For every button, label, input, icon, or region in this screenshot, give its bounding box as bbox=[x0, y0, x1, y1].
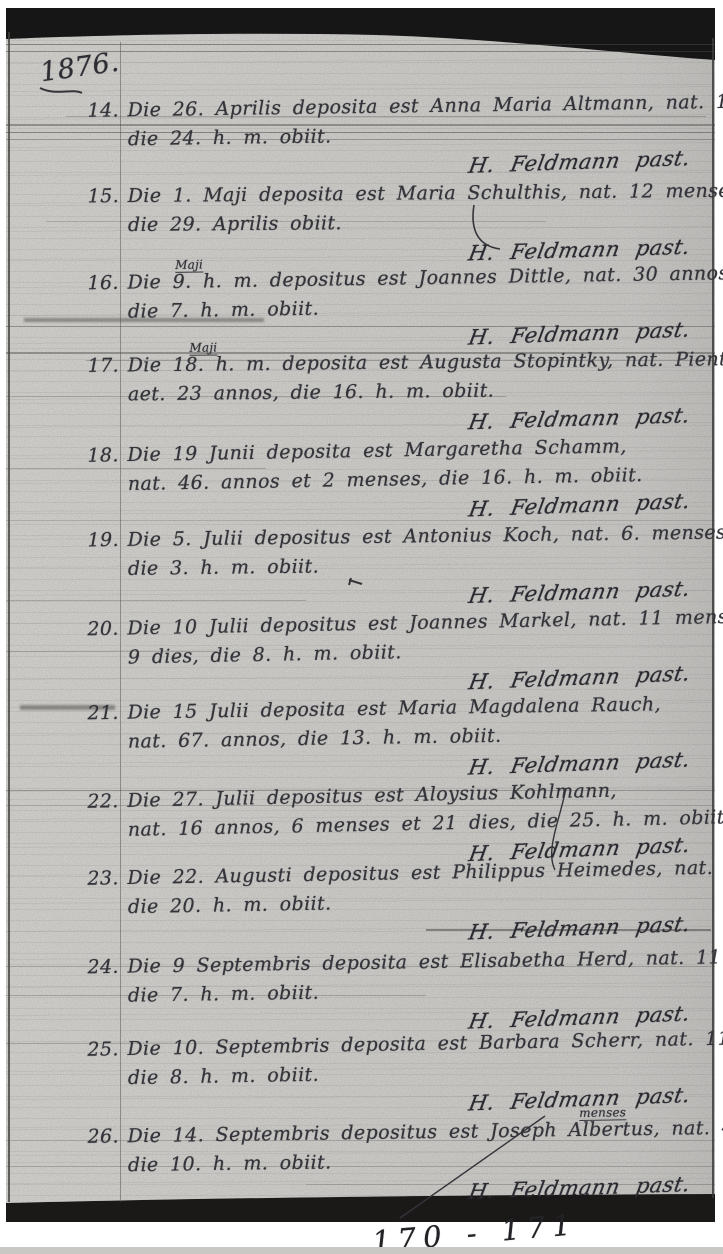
entry-number: 25. bbox=[87, 1038, 119, 1061]
entry-line2: aet. 23 annos, die 16. h. m. obiit. bbox=[128, 380, 494, 406]
entry-line2: die 20. h. m. obiit. bbox=[128, 893, 332, 919]
inserted-word: Maji bbox=[175, 257, 203, 272]
entry-line2: nat. 46. annos et 2 menses, die 16. h. m… bbox=[128, 464, 643, 495]
entry-number: 19. bbox=[87, 529, 119, 551]
pastor-signature: H. Feldmann past. bbox=[466, 747, 692, 779]
entry-line2: die 24. h. m. obiit. bbox=[128, 125, 332, 150]
entry-line1: Die 1. Maji deposita est Maria Schulthis… bbox=[128, 180, 723, 207]
entry-number: 16. bbox=[87, 272, 119, 294]
pastor-signature: H. Feldmann past. bbox=[466, 235, 692, 266]
pastor-signature: H. Feldmann past. bbox=[466, 146, 692, 178]
entry-number: 14. bbox=[87, 99, 119, 121]
scan-streak bbox=[6, 44, 715, 45]
year-label: 1876. bbox=[38, 47, 121, 89]
entry-number: 21. bbox=[87, 702, 119, 724]
entry-number: 23. bbox=[87, 867, 119, 890]
entry-number: 17. bbox=[88, 355, 120, 377]
pastor-signature: H. Feldmann past. bbox=[466, 489, 691, 522]
register-page: 1876. 14. Die 26. Aprilis deposita est A… bbox=[6, 8, 715, 1222]
register-entry: 14. Die 26. Aprilis deposita est Anna Ma… bbox=[5, 91, 715, 193]
register-entry: 23. Die 22. Augusti depositus est Philip… bbox=[5, 857, 715, 961]
entry-number: 22. bbox=[87, 790, 119, 813]
entry-number: 24. bbox=[87, 956, 119, 978]
pastor-signature: H. Feldmann past. bbox=[466, 403, 692, 434]
bottom-scan-strip bbox=[0, 1247, 723, 1254]
entry-line2: nat. 67. annos, die 13. h. m. obiit. bbox=[128, 725, 502, 753]
inserted-word: menses bbox=[579, 1105, 626, 1121]
pastor-signature: H. Feldmann past. bbox=[466, 317, 692, 349]
entry-line2: die 10. h. m. obiit. bbox=[128, 1151, 332, 1176]
entry-number: 20. bbox=[87, 618, 119, 641]
inserted-word: Maji bbox=[189, 340, 217, 355]
entry-line2: die 8. h. m. obiit. bbox=[128, 1064, 319, 1089]
pastor-signature: H. Feldmann past. bbox=[466, 577, 692, 608]
scanned-register-screenshot: { "document": { "year": "1876.", "page_n… bbox=[0, 0, 723, 1254]
register-entry: 26. Die 14. Septembris depositus est Jos… bbox=[5, 1117, 715, 1219]
pastor-signature: H. Feldmann past. bbox=[466, 661, 691, 694]
entry-line2: 9 dies, die 8. h. m. obiit. bbox=[128, 641, 402, 668]
pastor-signature: H. Feldmann past. bbox=[466, 912, 691, 945]
entry-number: 26. bbox=[87, 1125, 119, 1147]
register-entry: 17. Die 18. h. m. deposita est Augusta S… bbox=[6, 348, 716, 447]
entry-line2: die 7. h. m. obiit. bbox=[128, 298, 319, 323]
entry-line1: Die 26. Aprilis deposita est Anna Maria … bbox=[127, 89, 723, 121]
entry-line2: die 3. h. m. obiit. bbox=[128, 556, 319, 580]
entry-number: 18. bbox=[87, 444, 119, 467]
entry-line2: die 29. Aprilis obiit. bbox=[128, 212, 342, 236]
entry-number: 15. bbox=[88, 185, 120, 207]
entry-line2: die 7. h. m. obiit. bbox=[128, 982, 319, 1007]
entry-line1: Die 18. h. m. deposita est Augusta Stopi… bbox=[128, 348, 723, 377]
pastor-signature: H. Feldmann past. bbox=[466, 1172, 692, 1204]
